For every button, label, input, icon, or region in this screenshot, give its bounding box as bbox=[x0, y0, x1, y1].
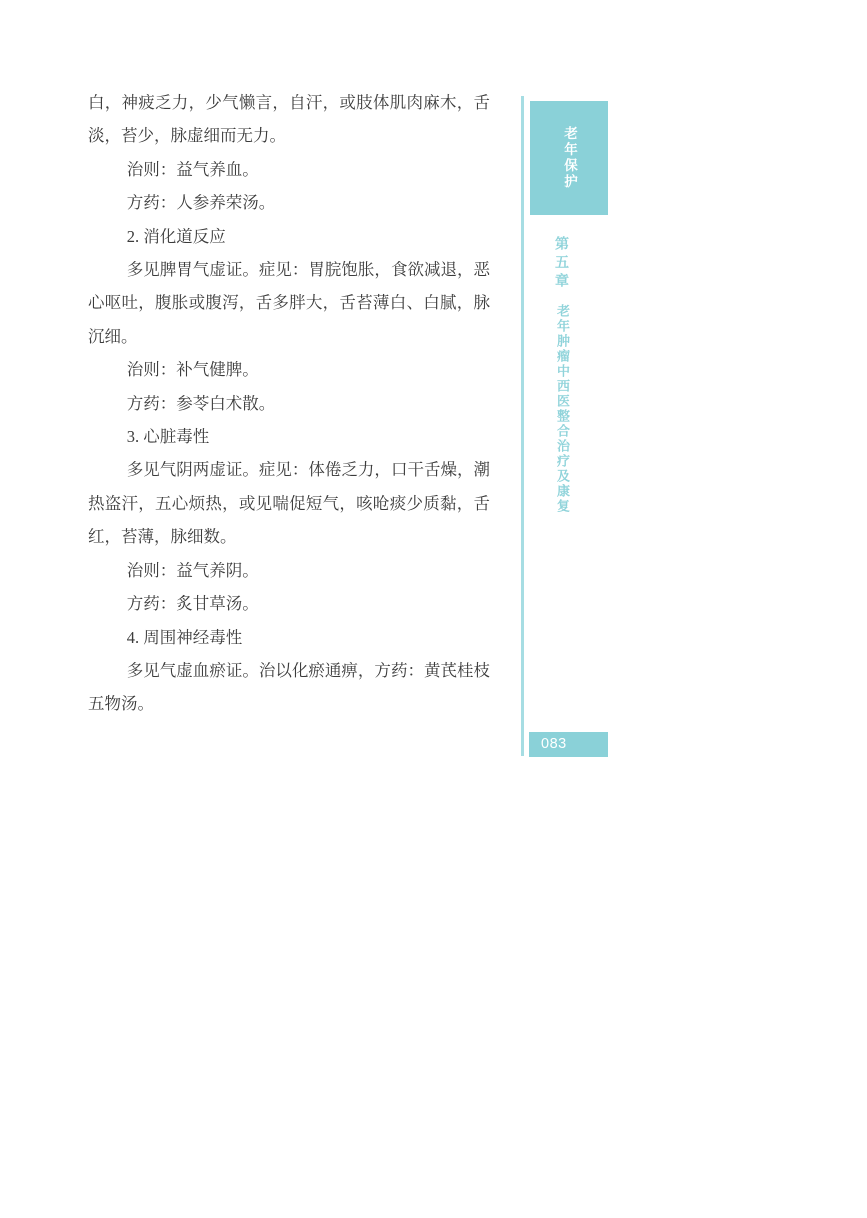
page-number-badge: 083 bbox=[529, 732, 608, 757]
chapter-heading: 第五章老年肿瘤中西医整合治疗及康复 bbox=[552, 236, 572, 526]
paragraph: 多见脾胃气虚证。症见：胃脘饱胀，食欲减退，恶心呕吐，腹胀或腹泻，舌多胖大，舌苔薄… bbox=[88, 253, 490, 353]
paragraph: 治则：益气养血。 bbox=[88, 153, 490, 186]
sidebar-vertical-rule bbox=[521, 96, 524, 756]
main-text-column: 白，神疲乏力，少气懒言，自汗，或肢体肌肉麻木，舌淡，苔少，脉虚细而无力。治则：益… bbox=[88, 86, 490, 721]
chapter-title: 老年肿瘤中西医整合治疗及康复 bbox=[555, 304, 570, 514]
paragraph: 方药：人参养荣汤。 bbox=[88, 186, 490, 219]
paragraph: 方药：参苓白术散。 bbox=[88, 387, 490, 420]
paragraph: 治则：益气养阴。 bbox=[88, 554, 490, 587]
paragraph: 3. 心脏毒性 bbox=[88, 420, 490, 453]
paragraph: 2. 消化道反应 bbox=[88, 220, 490, 253]
series-label: 老年保护 bbox=[559, 126, 579, 190]
paragraph: 多见气阴两虚证。症见：体倦乏力，口干舌燥，潮热盗汗，五心烦热，或见喘促短气，咳呛… bbox=[88, 453, 490, 553]
chapter-number: 第五章 bbox=[554, 236, 570, 292]
document-page: 白，神疲乏力，少气懒言，自汗，或肢体肌肉麻木，舌淡，苔少，脉虚细而无力。治则：益… bbox=[0, 0, 867, 1218]
paragraph: 多见气虚血瘀证。治以化瘀通痹，方药：黄芪桂枝五物汤。 bbox=[88, 654, 490, 721]
paragraph: 白，神疲乏力，少气懒言，自汗，或肢体肌肉麻木，舌淡，苔少，脉虚细而无力。 bbox=[88, 86, 490, 153]
page-number: 083 bbox=[541, 736, 567, 752]
paragraph: 4. 周围神经毒性 bbox=[88, 621, 490, 654]
paragraph: 治则：补气健脾。 bbox=[88, 353, 490, 386]
paragraph: 方药：炙甘草汤。 bbox=[88, 587, 490, 620]
series-label-box: 老年保护 bbox=[530, 101, 608, 215]
